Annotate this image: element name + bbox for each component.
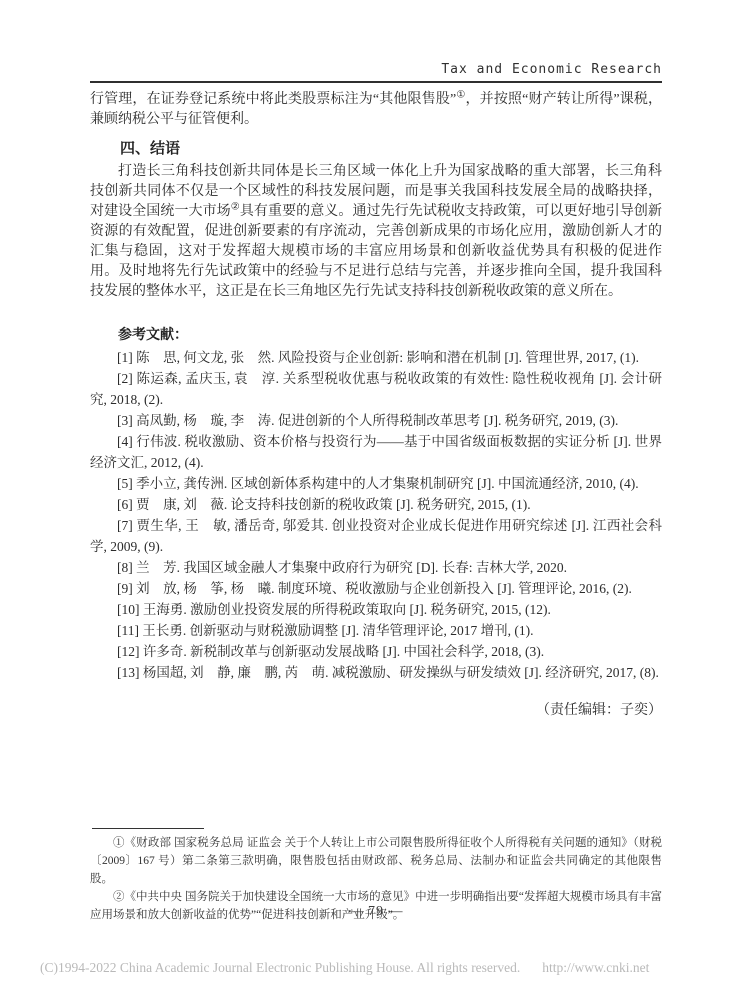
footnote-item: ①《财政部 国家税务总局 证监会 关于个人转让上市公司限售股所得征收个人所得税有… — [90, 834, 662, 888]
reference-item: [12] 许多奇. 新税制改革与创新驱动发展战略 [J]. 中国社会科学, 20… — [90, 641, 662, 662]
footer-url: http://www.cnki.net — [542, 960, 649, 976]
editor-note: （责任编辑：子奕） — [90, 699, 662, 719]
reference-item: [8] 兰 芳. 我国区域金融人才集聚中政府行为研究 [D]. 长春: 吉林大学… — [90, 557, 662, 578]
reference-item: [3] 高凤勤, 杨 璇, 李 涛. 促进创新的个人所得税制改革思考 [J]. … — [90, 410, 662, 431]
reference-item: [2] 陈运森, 孟庆玉, 袁 淳. 关系型税收优惠与税收政策的有效性: 隐性税… — [90, 368, 662, 410]
reference-item: [13] 杨国超, 刘 静, 廉 鹏, 芮 萌. 减税激励、研发操纵与研发绩效 … — [90, 662, 662, 683]
header-rule — [90, 81, 662, 83]
footnote-ref-1: ① — [456, 89, 465, 100]
opening-text-pre: 行管理，在证券登记系统中将此类股票标注为“其他限售股” — [90, 92, 456, 107]
footnote-separator — [92, 828, 204, 829]
reference-item: [9] 刘 放, 杨 筝, 杨 曦. 制度环境、税收激励与企业创新投入 [J].… — [90, 578, 662, 599]
watermark-footer: (C)1994-2022 China Academic Journal Elec… — [40, 960, 720, 976]
section-heading-conclusion: 四、结语 — [90, 137, 662, 158]
reference-item: [7] 贾生华, 王 敏, 潘岳奇, 邬爱其. 创业投资对企业成长促进作用研究综… — [90, 515, 662, 557]
reference-item: [6] 贾 康, 刘 薇. 论支持科技创新的税收政策 [J]. 税务研究, 20… — [90, 494, 662, 515]
reference-item: [5] 季小立, 龚传洲. 区域创新体系构建中的人才集聚机制研究 [J]. 中国… — [90, 473, 662, 494]
footnote-ref-2: ② — [231, 201, 240, 212]
reference-item: [4] 行伟波. 税收激励、资本价格与投资行为——基于中国省级面板数据的实证分析… — [90, 431, 662, 473]
page-number: — 79 — — [90, 904, 662, 920]
journal-header-title: Tax and Economic Research — [90, 62, 662, 78]
reference-item: [1] 陈 思, 何文龙, 张 然. 风险投资与企业创新: 影响和潜在机制 [J… — [90, 347, 662, 368]
opening-paragraph: 行管理，在证券登记系统中将此类股票标注为“其他限售股”①，并按照“财产转让所得”… — [90, 90, 662, 130]
text-block: Tax and Economic Research 行管理，在证券登记系统中将此… — [90, 62, 662, 719]
reference-item: [10] 王海勇. 激励创业投资发展的所得税政策取向 [J]. 税务研究, 20… — [90, 599, 662, 620]
footer-copyright: (C)1994-2022 China Academic Journal Elec… — [40, 960, 520, 976]
reference-item: [11] 王长勇. 创新驱动与财税激励调整 [J]. 清华管理评论, 2017 … — [90, 620, 662, 641]
references-list: [1] 陈 思, 何文龙, 张 然. 风险投资与企业创新: 影响和潜在机制 [J… — [90, 347, 662, 683]
conclusion-paragraph: 打造长三角科技创新共同体是长三角区域一体化上升为国家战略的重大部署，长三角科技创… — [90, 162, 662, 302]
references-heading: 参考文献： — [90, 324, 662, 344]
journal-page: Tax and Economic Research 行管理，在证券登记系统中将此… — [0, 0, 745, 986]
